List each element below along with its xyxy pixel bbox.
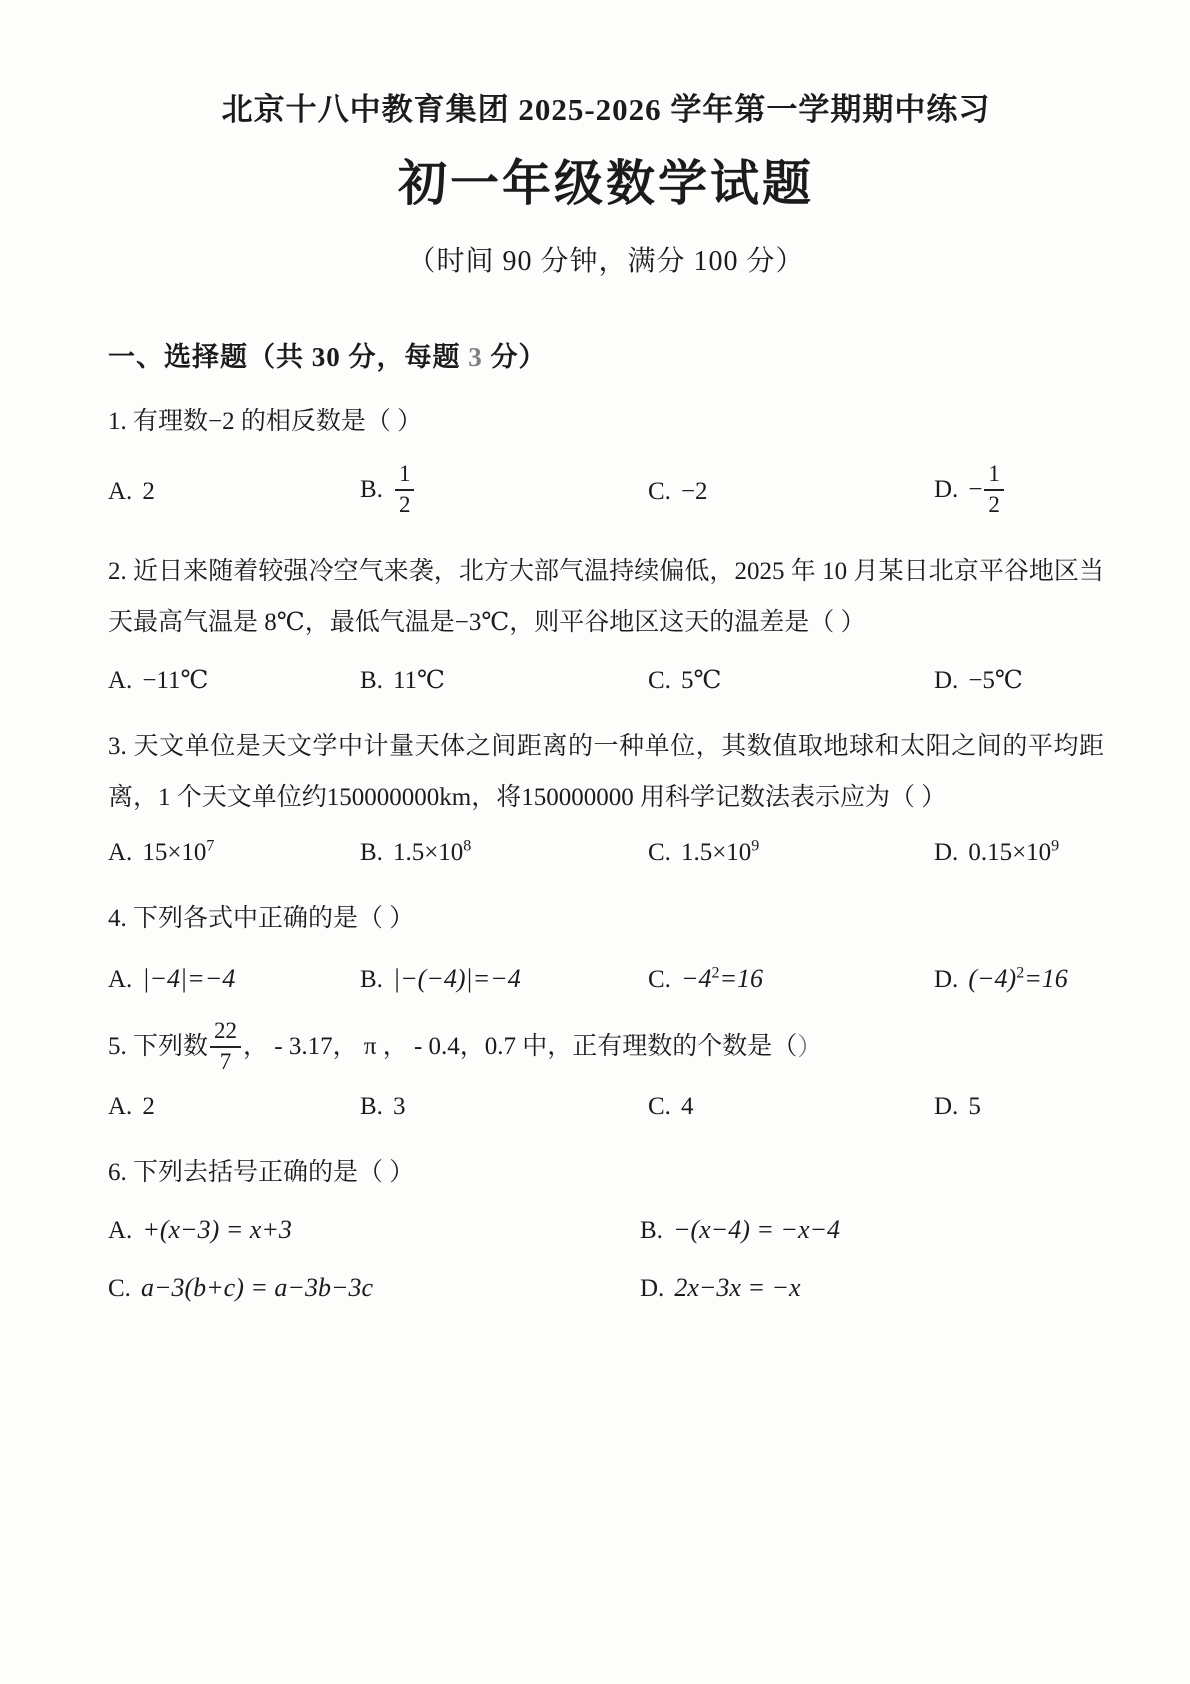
stem-closing-paren: ） — [797, 1034, 822, 1061]
question-1-stem: 1. 有理数−2 的相反数是（ ） — [108, 396, 1104, 447]
option-value: 15×10 — [142, 839, 206, 866]
fraction: 12 — [984, 461, 1004, 518]
option-value: 1.5×10 — [393, 839, 463, 866]
stem-text-post: ， - 3.17， π ， - 0.4，0.7 中，正有理数的个数是（ — [243, 1034, 797, 1061]
option-label: A. — [108, 1217, 132, 1244]
question-2-option-d: D.−5℃ — [934, 665, 1104, 695]
fraction: 227 — [210, 1018, 241, 1075]
exponent: 8 — [463, 838, 471, 855]
fraction-denominator: 2 — [984, 491, 1004, 518]
option-value-base: −4 — [681, 964, 712, 993]
option-label: C. — [648, 478, 671, 505]
option-value: 2 — [142, 478, 155, 505]
exam-paper-page: 北京十八中教育集团 2025-2026 学年第一学期期中练习 初一年级数学试题 … — [0, 0, 1190, 1684]
option-value: 2 — [142, 1093, 155, 1120]
question-4-option-b: B.|−(−4)|=−4 — [360, 964, 648, 994]
option-label: B. — [640, 1217, 663, 1244]
question-4-options: A.|−4|=−4 B.|−(−4)|=−4 C.−42=16 D.(−4)2=… — [108, 964, 1104, 994]
question-5-option-a: A.2 — [108, 1093, 360, 1121]
question-3-stem: 3. 天文单位是天文学中计量天体之间距离的一种单位，其数值取地球和太阳之间的平均… — [108, 721, 1104, 824]
option-value: −2 — [681, 478, 708, 505]
question-5-option-c: C.4 — [648, 1093, 934, 1121]
option-value: −(x−4) = −x−4 — [673, 1215, 840, 1244]
question-3: 3. 天文单位是天文学中计量天体之间距离的一种单位，其数值取地球和太阳之间的平均… — [108, 721, 1104, 868]
stem-text-pre: 5. 下列数 — [108, 1034, 208, 1061]
question-2-stem: 2. 近日来随着较强冷空气来袭，北方大部气温持续偏低，2025 年 10 月某日… — [108, 546, 1104, 649]
question-6-options-row-1: A.+(x−3) = x+3 B.−(x−4) = −x−4 — [108, 1215, 1104, 1245]
option-label: D. — [934, 966, 958, 993]
option-label: A. — [108, 1093, 132, 1120]
option-label: A. — [108, 478, 132, 505]
question-4: 4. 下列各式中正确的是（ ） A.|−4|=−4 B.|−(−4)|=−4 C… — [108, 893, 1104, 994]
option-value: 5 — [968, 1093, 981, 1120]
question-6-stem: 6. 下列去括号正确的是（ ） — [108, 1147, 1104, 1198]
fraction: 12 — [395, 461, 415, 518]
question-1: 1. 有理数−2 的相反数是（ ） A.2 B.12 C.−2 D.−12 — [108, 396, 1104, 520]
page-title: 初一年级数学试题 — [108, 145, 1104, 215]
option-value: 1.5×10 — [681, 839, 751, 866]
option-value: |−(−4)|=−4 — [393, 964, 521, 993]
exponent: 9 — [1051, 838, 1059, 855]
question-2-option-c: C.5℃ — [648, 665, 934, 695]
question-5-stem: 5. 下列数227， - 3.17， π ， - 0.4，0.7 中，正有理数的… — [108, 1020, 1104, 1077]
question-1-option-c: C.−2 — [648, 478, 934, 506]
option-value: −11℃ — [142, 667, 208, 694]
section-heading-pre: 一、选择题（共 30 分，每题 — [108, 342, 468, 372]
exponent: 2 — [1016, 965, 1024, 982]
option-label: A. — [108, 667, 132, 694]
option-label: D. — [934, 1093, 958, 1120]
question-5-option-b: B.3 — [360, 1093, 648, 1121]
question-4-option-a: A.|−4|=−4 — [108, 964, 360, 994]
question-6: 6. 下列去括号正确的是（ ） A.+(x−3) = x+3 B.−(x−4) … — [108, 1147, 1104, 1302]
question-4-stem: 4. 下列各式中正确的是（ ） — [108, 893, 1104, 944]
option-label: C. — [648, 966, 671, 993]
fraction-numerator: 22 — [210, 1018, 241, 1047]
question-5-options: A.2 B.3 C.4 D.5 — [108, 1093, 1104, 1121]
question-3-option-c: C.1.5×109 — [648, 839, 934, 867]
fraction-denominator: 7 — [210, 1048, 241, 1075]
option-value-rest: =16 — [719, 964, 763, 993]
option-label: D. — [934, 476, 958, 503]
question-3-option-d: D.0.15×109 — [934, 839, 1104, 867]
option-value: a−3(b+c) = a−3b−3c — [141, 1273, 373, 1302]
exam-header-line: 北京十八中教育集团 2025-2026 学年第一学期期中练习 — [108, 84, 1104, 129]
question-2: 2. 近日来随着较强冷空气来袭，北方大部气温持续偏低，2025 年 10 月某日… — [108, 546, 1104, 695]
question-4-option-d: D.(−4)2=16 — [934, 964, 1104, 994]
section-heading-choice-questions: 一、选择题（共 30 分，每题 3 分） — [108, 335, 1104, 374]
exponent: 9 — [751, 838, 759, 855]
question-3-options: A.15×107 B.1.5×108 C.1.5×109 D.0.15×109 — [108, 839, 1104, 867]
question-1-option-d: D.−12 — [934, 463, 1104, 520]
option-label: B. — [360, 476, 383, 503]
option-label: B. — [360, 667, 383, 694]
fraction-denominator: 2 — [395, 491, 415, 518]
option-label: D. — [934, 839, 958, 866]
option-value: 5℃ — [681, 667, 721, 694]
option-value: 2x−3x = −x — [674, 1273, 800, 1302]
question-5: 5. 下列数227， - 3.17， π ， - 0.4，0.7 中，正有理数的… — [108, 1020, 1104, 1121]
question-3-option-a: A.15×107 — [108, 839, 360, 867]
option-value-rest: =16 — [1024, 964, 1068, 993]
option-label: D. — [934, 667, 958, 694]
question-6-option-c: C.a−3(b+c) = a−3b−3c — [108, 1273, 640, 1303]
option-label: A. — [108, 839, 132, 866]
option-label: B. — [360, 839, 383, 866]
option-value: 4 — [681, 1093, 694, 1120]
option-value: +(x−3) = x+3 — [142, 1215, 292, 1244]
question-2-option-a: A.−11℃ — [108, 665, 360, 695]
question-6-option-d: D.2x−3x = −x — [640, 1273, 1104, 1303]
fraction-numerator: 1 — [395, 461, 415, 490]
question-1-option-b: B.12 — [360, 463, 648, 520]
question-6-option-b: B.−(x−4) = −x−4 — [640, 1215, 1104, 1245]
section-heading-score: 3 — [468, 342, 483, 372]
question-6-option-a: A.+(x−3) = x+3 — [108, 1215, 640, 1245]
option-value-base: (−4) — [968, 964, 1016, 993]
option-label: C. — [648, 1093, 671, 1120]
question-4-option-c: C.−42=16 — [648, 964, 934, 994]
option-value: |−4|=−4 — [142, 964, 235, 993]
minus-sign: − — [968, 476, 982, 503]
option-label: A. — [108, 966, 132, 993]
question-2-option-b: B.11℃ — [360, 665, 648, 695]
option-value: −5℃ — [968, 667, 1023, 694]
exponent: 7 — [206, 838, 214, 855]
option-value: 11℃ — [393, 667, 445, 694]
option-value: 0.15×10 — [968, 839, 1051, 866]
question-6-options-row-2: C.a−3(b+c) = a−3b−3c D.2x−3x = −x — [108, 1273, 1104, 1303]
question-1-option-a: A.2 — [108, 478, 360, 506]
option-label: C. — [108, 1275, 131, 1302]
exam-time-score-note: （时间 90 分钟，满分 100 分） — [108, 239, 1104, 279]
option-label: B. — [360, 966, 383, 993]
question-2-options: A.−11℃ B.11℃ C.5℃ D.−5℃ — [108, 665, 1104, 695]
question-3-option-b: B.1.5×108 — [360, 839, 648, 867]
option-label: B. — [360, 1093, 383, 1120]
fraction-numerator: 1 — [984, 461, 1004, 490]
option-label: D. — [640, 1275, 664, 1302]
section-heading-post: 分） — [483, 342, 547, 372]
question-1-options: A.2 B.12 C.−2 D.−12 — [108, 463, 1104, 520]
question-5-option-d: D.5 — [934, 1093, 1104, 1121]
option-label: C. — [648, 667, 671, 694]
option-value: 3 — [393, 1093, 406, 1120]
option-label: C. — [648, 839, 671, 866]
